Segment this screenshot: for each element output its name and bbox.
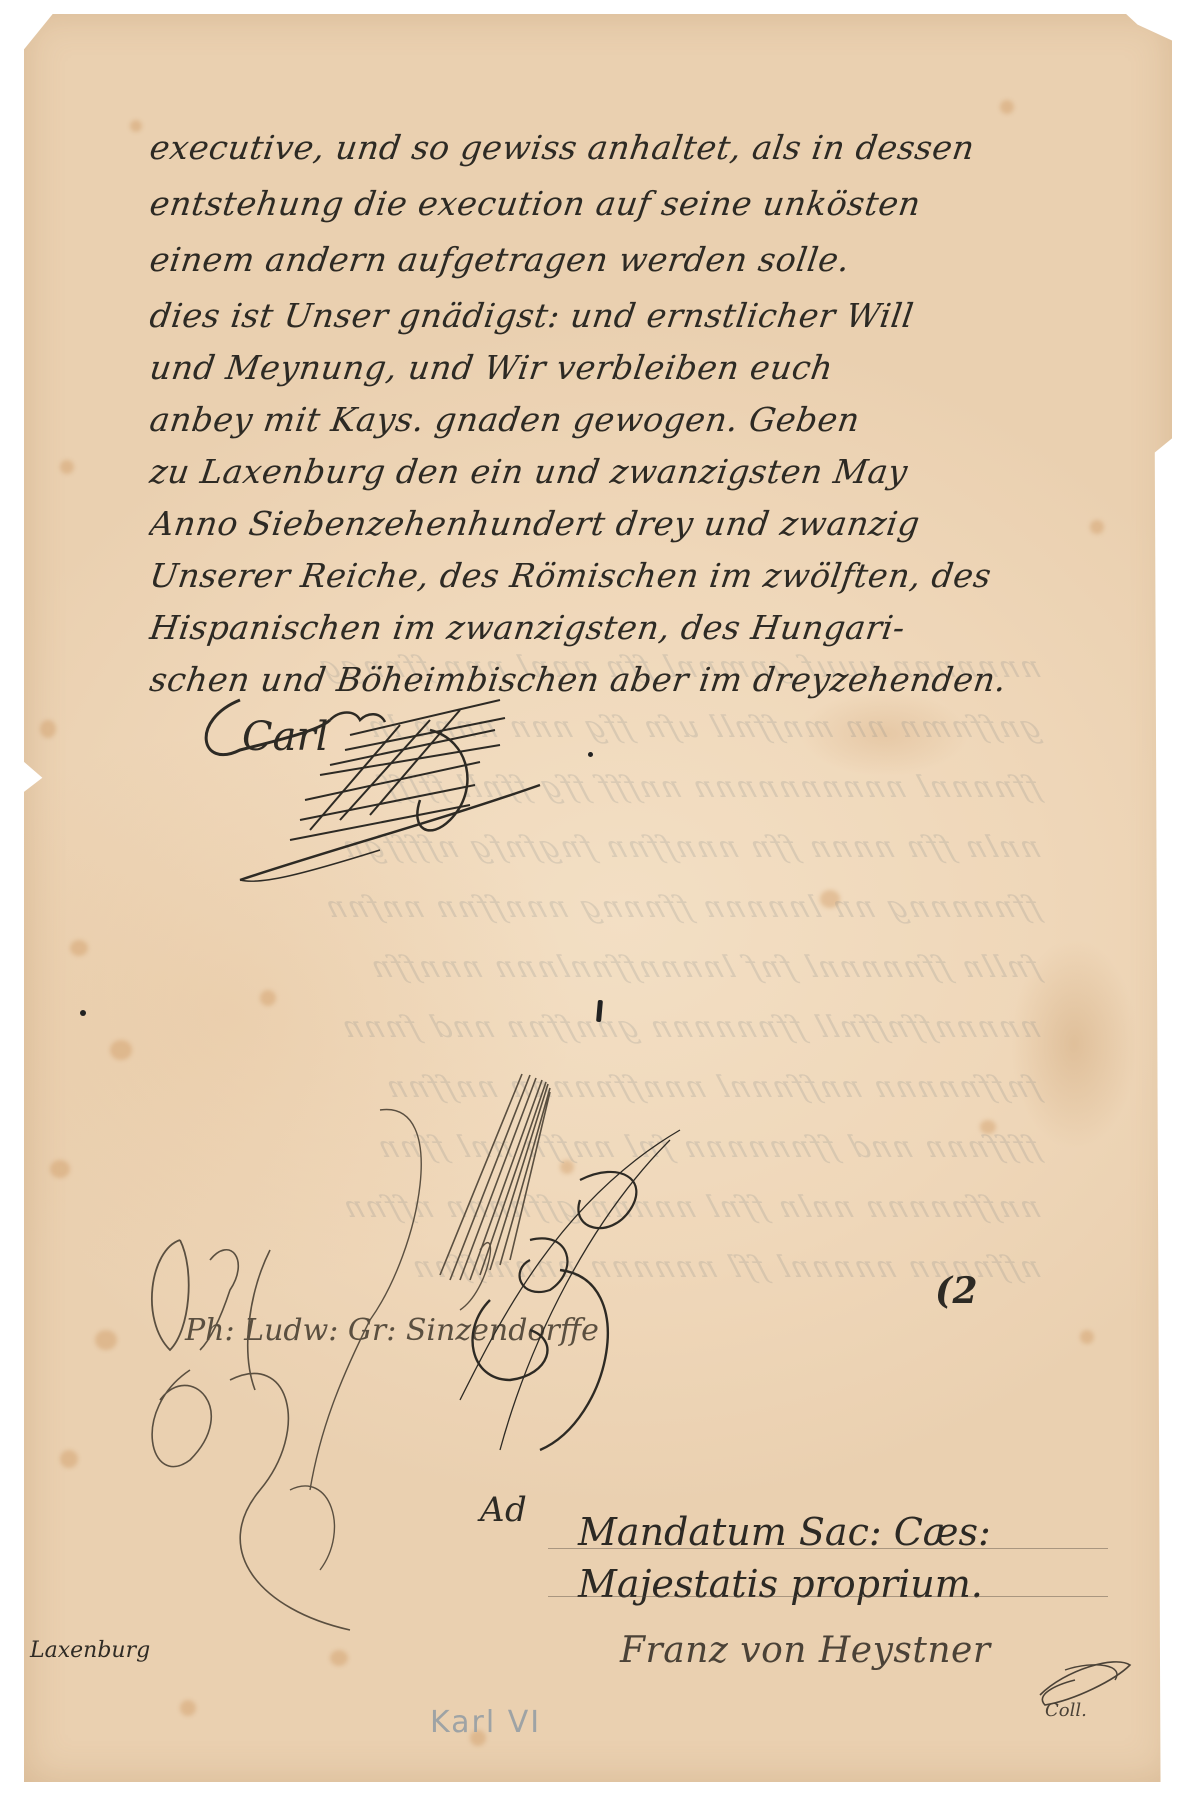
body-line: einem andern aufgetragen werden solle. <box>146 232 1054 288</box>
body-line: Anno Siebenzehenhundert drey und zwanzig <box>146 496 1054 552</box>
body-line: Unserer Reiche, des Römischen im zwölfte… <box>146 548 1054 604</box>
ad-mandatum-line2: Majestatis proprium. <box>578 1562 983 1606</box>
ruled-line <box>548 1548 1108 1549</box>
body-line: executive, und so gewiss anhaltet, als i… <box>146 120 1054 176</box>
body-line: dies ist Unser gnädigst: und ernstlicher… <box>146 288 1054 344</box>
body-line: Hispanischen im zwanzigsten, des Hungari… <box>146 600 1054 656</box>
ink-dot <box>588 752 593 757</box>
imperial-signature-carl: Carl <box>180 650 600 910</box>
page-mark: (2 <box>935 1270 978 1312</box>
ad-prefix: Ad <box>480 1490 527 1530</box>
margin-note-laxenburg: Laxenburg <box>30 1638 150 1663</box>
body-line: entstehung die execution auf seine unkös… <box>146 176 1054 232</box>
ink-dot <box>80 1010 86 1016</box>
secretary-signature: Franz von Heystner <box>620 1630 991 1671</box>
collation-note: Coll. <box>1045 1700 1087 1721</box>
body-line: anbey mit Kays. gnaden gewogen. Geben <box>146 392 1054 448</box>
svg-text:Carl: Carl <box>242 714 328 760</box>
ad-mandatum-flourish <box>440 1120 700 1520</box>
body-line: zu Laxenburg den ein und zwanzigsten May <box>146 444 1054 500</box>
pencil-annotation: Karl VI <box>430 1705 541 1740</box>
ruled-line <box>548 1596 1108 1597</box>
body-line: und Meynung, und Wir verbleiben euch <box>146 340 1054 396</box>
